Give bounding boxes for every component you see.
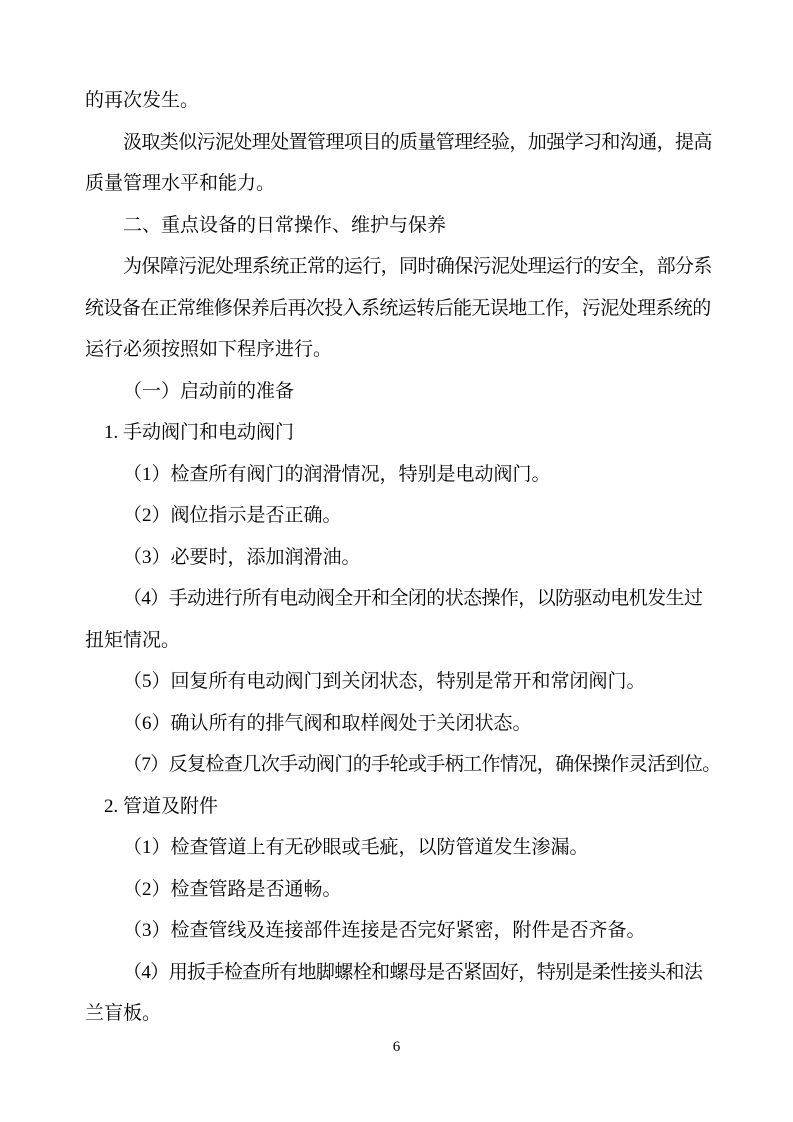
text-line: （4）手动进行所有电动阀全开和全闭的状态操作，以防驱动电机发生过 — [85, 578, 725, 620]
page-number: 6 — [0, 1038, 793, 1056]
text-line: 1. 手动阀门和电动阀门 — [85, 412, 725, 454]
text-line: 统设备在正常维修保养后再次投入系统运转后能无误地工作，污泥处理系统的 — [85, 288, 725, 330]
document-page: 的再次发生。汲取类似污泥处理处置管理项目的质量管理经验，加强学习和沟通，提高质量… — [0, 0, 793, 1122]
text-line: 为保障污泥处理系统正常的运行，同时确保污泥处理运行的安全，部分系 — [85, 246, 725, 288]
text-line: 的再次发生。 — [85, 80, 725, 122]
text-line: （3）检查管线及连接部件连接是否完好紧密，附件是否齐备。 — [85, 910, 725, 952]
text-line: 二、重点设备的日常操作、维护与保养 — [85, 205, 725, 247]
text-line: （6）确认所有的排气阀和取样阀处于关闭状态。 — [85, 703, 725, 745]
text-line: （2）检查管路是否通畅。 — [85, 869, 725, 911]
text-line: （3）必要时，添加润滑油。 — [85, 537, 725, 579]
text-line: 质量管理水平和能力。 — [85, 163, 725, 205]
text-line: （4）用扳手检查所有地脚螺栓和螺母是否紧固好，特别是柔性接头和法 — [85, 952, 725, 994]
text-line: （1）检查所有阀门的润滑情况，特别是电动阀门。 — [85, 454, 725, 496]
text-line: 汲取类似污泥处理处置管理项目的质量管理经验，加强学习和沟通，提高 — [85, 122, 725, 164]
text-line: （7）反复检查几次手动阀门的手轮或手柄工作情况，确保操作灵活到位。 — [85, 744, 725, 786]
text-line: 运行必须按照如下程序进行。 — [85, 329, 725, 371]
document-body: 的再次发生。汲取类似污泥处理处置管理项目的质量管理经验，加强学习和沟通，提高质量… — [85, 80, 725, 1035]
text-line: （一）启动前的准备 — [85, 371, 725, 413]
text-line: 兰盲板。 — [85, 993, 725, 1035]
text-line: （5）回复所有电动阀门到关闭状态，特别是常开和常闭阀门。 — [85, 661, 725, 703]
text-line: （2）阀位指示是否正确。 — [85, 495, 725, 537]
text-line: 扭矩情况。 — [85, 620, 725, 662]
text-line: （1）检查管道上有无砂眼或毛疵，以防管道发生渗漏。 — [85, 827, 725, 869]
text-line: 2. 管道及附件 — [85, 786, 725, 828]
